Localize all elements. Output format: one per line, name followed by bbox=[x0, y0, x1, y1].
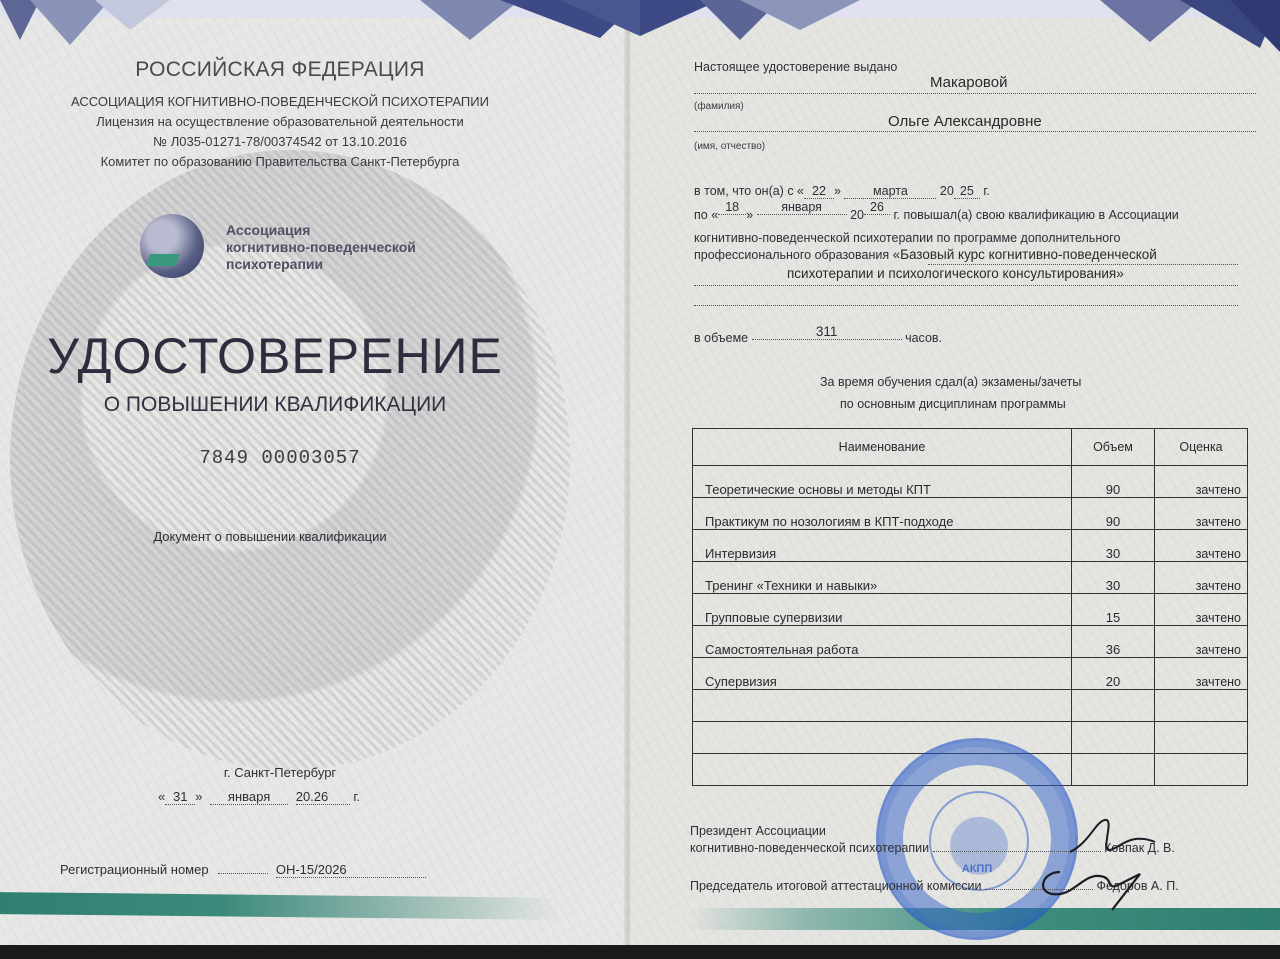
start-month: марта bbox=[844, 184, 936, 199]
registration-filler bbox=[218, 873, 268, 874]
cell-grade: зачтено bbox=[1155, 626, 1248, 658]
president-signature-icon bbox=[1060, 812, 1160, 860]
table-row bbox=[693, 690, 1248, 722]
program-name-1: «Базовый курс когнитивно-поведенческой bbox=[893, 247, 1157, 262]
cell-name: Теоретические основы и методы КПТ bbox=[693, 466, 1072, 498]
country-heading: РОССИЙСКАЯ ФЕДЕРАЦИЯ bbox=[60, 58, 500, 82]
period-start: в том, что он(а) с «22» марта 2025 г. bbox=[694, 184, 990, 199]
cell-grade bbox=[1155, 754, 1248, 786]
license-line-1: Лицензия на осуществление образовательно… bbox=[40, 114, 520, 129]
table-row: Тренинг «Техники и навыки»30зачтено bbox=[693, 562, 1248, 594]
program-line: профессионального образования «Базовый к… bbox=[694, 247, 1157, 262]
cell-grade: зачтено bbox=[1155, 562, 1248, 594]
column-header-volume: Объем bbox=[1072, 429, 1155, 466]
period-line-2: когнитивно-поведенческой психотерапии по… bbox=[694, 231, 1120, 245]
start-year: 25 bbox=[954, 184, 980, 199]
end-year: 26 bbox=[864, 200, 890, 215]
quote: » bbox=[746, 208, 753, 222]
cell-grade bbox=[1155, 722, 1248, 754]
table-row: Интервизия30зачтено bbox=[693, 530, 1248, 562]
column-header-grade: Оценка bbox=[1155, 429, 1248, 466]
end-day: 18 bbox=[718, 200, 746, 215]
cell-name: Групповые супервизии bbox=[693, 594, 1072, 626]
year-suffix: г. bbox=[983, 184, 990, 198]
table-row: Самостоятельная работа36зачтено bbox=[693, 626, 1248, 658]
surname-line bbox=[694, 93, 1256, 94]
cell-volume bbox=[1072, 690, 1155, 722]
document-subtitle: О ПОВЫШЕНИИ КВАЛИФИКАЦИИ bbox=[30, 393, 520, 417]
cell-grade: зачтено bbox=[1155, 594, 1248, 626]
cell-volume: 30 bbox=[1072, 530, 1155, 562]
decorative-green-band bbox=[0, 892, 560, 920]
year-prefix: 20 bbox=[850, 208, 864, 222]
cell-name: Самостоятельная работа bbox=[693, 626, 1072, 658]
chair-title: Председатель итоговой аттестационной ком… bbox=[690, 879, 982, 893]
name-line bbox=[694, 131, 1256, 132]
chair-signature-icon bbox=[1030, 862, 1160, 912]
volume-unit: часов. bbox=[905, 331, 942, 345]
cell-name: Тренинг «Техники и навыки» bbox=[693, 562, 1072, 594]
volume-label: в объеме bbox=[694, 331, 748, 345]
quote: » bbox=[195, 789, 202, 804]
association-logo-icon bbox=[140, 214, 204, 278]
committee-line: Комитет по образованию Правительства Сан… bbox=[40, 154, 520, 169]
president-title-1: Президент Ассоциации bbox=[690, 824, 826, 838]
decorative-top-band bbox=[0, 0, 1280, 52]
exams-heading-2: по основным дисциплинам программы bbox=[840, 397, 1066, 411]
name-patronymic: Ольге Александровне bbox=[888, 113, 1042, 130]
blank-line bbox=[694, 305, 1238, 306]
quote: » bbox=[834, 184, 841, 198]
program-line-underline bbox=[928, 264, 1238, 265]
issued-to-label: Настоящее удостоверение выдано bbox=[694, 60, 897, 74]
cell-grade: зачтено bbox=[1155, 658, 1248, 690]
period-to: по « bbox=[694, 208, 718, 222]
quote: « bbox=[158, 789, 165, 804]
cell-grade: зачтено bbox=[1155, 498, 1248, 530]
surname-caption: (фамилия) bbox=[694, 101, 744, 112]
year-suffix: г. bbox=[353, 789, 360, 804]
cell-grade: зачтено bbox=[1155, 530, 1248, 562]
program-name-2: психотерапии и психологического консульт… bbox=[787, 266, 1124, 281]
logo-text: Ассоциация когнитивно-поведенческой псих… bbox=[226, 222, 416, 273]
page-fold bbox=[624, 0, 632, 945]
cell-name: Интервизия bbox=[693, 530, 1072, 562]
cell-volume: 36 bbox=[1072, 626, 1155, 658]
cell-name bbox=[693, 690, 1072, 722]
program-line-2-underline bbox=[694, 285, 1238, 286]
issue-date: «31» января 20.26 г. bbox=[158, 789, 360, 805]
end-month: января bbox=[757, 200, 847, 215]
serial-number: 7849 00003057 bbox=[170, 447, 390, 469]
logo-line: когнитивно-поведенческой bbox=[226, 239, 416, 256]
document-caption: Документ о повышении квалификации bbox=[120, 529, 420, 544]
association-name: АССОЦИАЦИЯ КОГНИТИВНО-ПОВЕДЕНЧЕСКОЙ ПСИХ… bbox=[40, 94, 520, 109]
association-logo: Ассоциация когнитивно-поведенческой псих… bbox=[140, 212, 440, 280]
left-page: РОССИЙСКАЯ ФЕДЕРАЦИЯ АССОЦИАЦИЯ КОГНИТИВ… bbox=[0, 0, 628, 945]
volume-row: в объеме 311 часов. bbox=[694, 330, 942, 346]
period-end: по «18» января 2026 г. повышал(а) свою к… bbox=[694, 208, 1179, 223]
document-title: УДОСТОВЕРЕНИЕ bbox=[30, 327, 520, 385]
table-header-row: Наименование Объем Оценка bbox=[693, 429, 1248, 466]
table-row: Групповые супервизии15зачтено bbox=[693, 594, 1248, 626]
table-row: Супервизия20зачтено bbox=[693, 658, 1248, 690]
column-header-name: Наименование bbox=[693, 429, 1072, 466]
registration-number: Регистрационный номер ОН-15/2026 bbox=[60, 862, 426, 878]
president-title-text: когнитивно-поведенческой психотерапии bbox=[690, 841, 929, 855]
certificate-spread: РОССИЙСКАЯ ФЕДЕРАЦИЯ АССОЦИАЦИЯ КОГНИТИВ… bbox=[0, 0, 1280, 945]
logo-line: психотерапии bbox=[226, 256, 416, 273]
table-row: Теоретические основы и методы КПТ90зачте… bbox=[693, 466, 1248, 498]
period-prefix: в том, что он(а) с « bbox=[694, 184, 804, 198]
cell-volume: 90 bbox=[1072, 498, 1155, 530]
cell-name: Супервизия bbox=[693, 658, 1072, 690]
table-row: Практикум по нозологиям в КПТ-подходе90з… bbox=[693, 498, 1248, 530]
issue-year: 20.26 bbox=[296, 789, 350, 805]
cell-volume bbox=[1072, 754, 1155, 786]
issue-month: января bbox=[210, 789, 288, 805]
volume-hours: 311 bbox=[752, 324, 902, 340]
registration-value: ОН-15/2026 bbox=[276, 862, 426, 878]
cell-volume: 15 bbox=[1072, 594, 1155, 626]
name-caption: (имя, отчество) bbox=[694, 141, 765, 152]
cell-grade bbox=[1155, 690, 1248, 722]
issue-city: г. Санкт-Петербург bbox=[150, 765, 410, 780]
cell-volume: 20 bbox=[1072, 658, 1155, 690]
disciplines-table: Наименование Объем Оценка Теоретические … bbox=[692, 428, 1248, 786]
logo-line: Ассоциация bbox=[226, 222, 416, 239]
surname: Макаровой bbox=[930, 74, 1007, 91]
registration-label: Регистрационный номер bbox=[60, 862, 209, 877]
cell-grade: зачтено bbox=[1155, 466, 1248, 498]
exams-heading-1: За время обучения сдал(а) экзамены/зачет… bbox=[820, 375, 1081, 389]
start-day: 22 bbox=[804, 184, 834, 199]
cell-name: Практикум по нозологиям в КПТ-подходе bbox=[693, 498, 1072, 530]
license-line-2: № Л035-01271-78/00374542 от 13.10.2016 bbox=[40, 134, 520, 149]
cell-volume: 30 bbox=[1072, 562, 1155, 594]
period-text: г. повышал(а) свою квалификацию в Ассоци… bbox=[893, 208, 1178, 222]
cell-volume bbox=[1072, 722, 1155, 754]
program-label: профессионального образования bbox=[694, 248, 889, 262]
cell-volume: 90 bbox=[1072, 466, 1155, 498]
issue-day: 31 bbox=[165, 789, 195, 805]
year-prefix: 20 bbox=[940, 184, 954, 198]
